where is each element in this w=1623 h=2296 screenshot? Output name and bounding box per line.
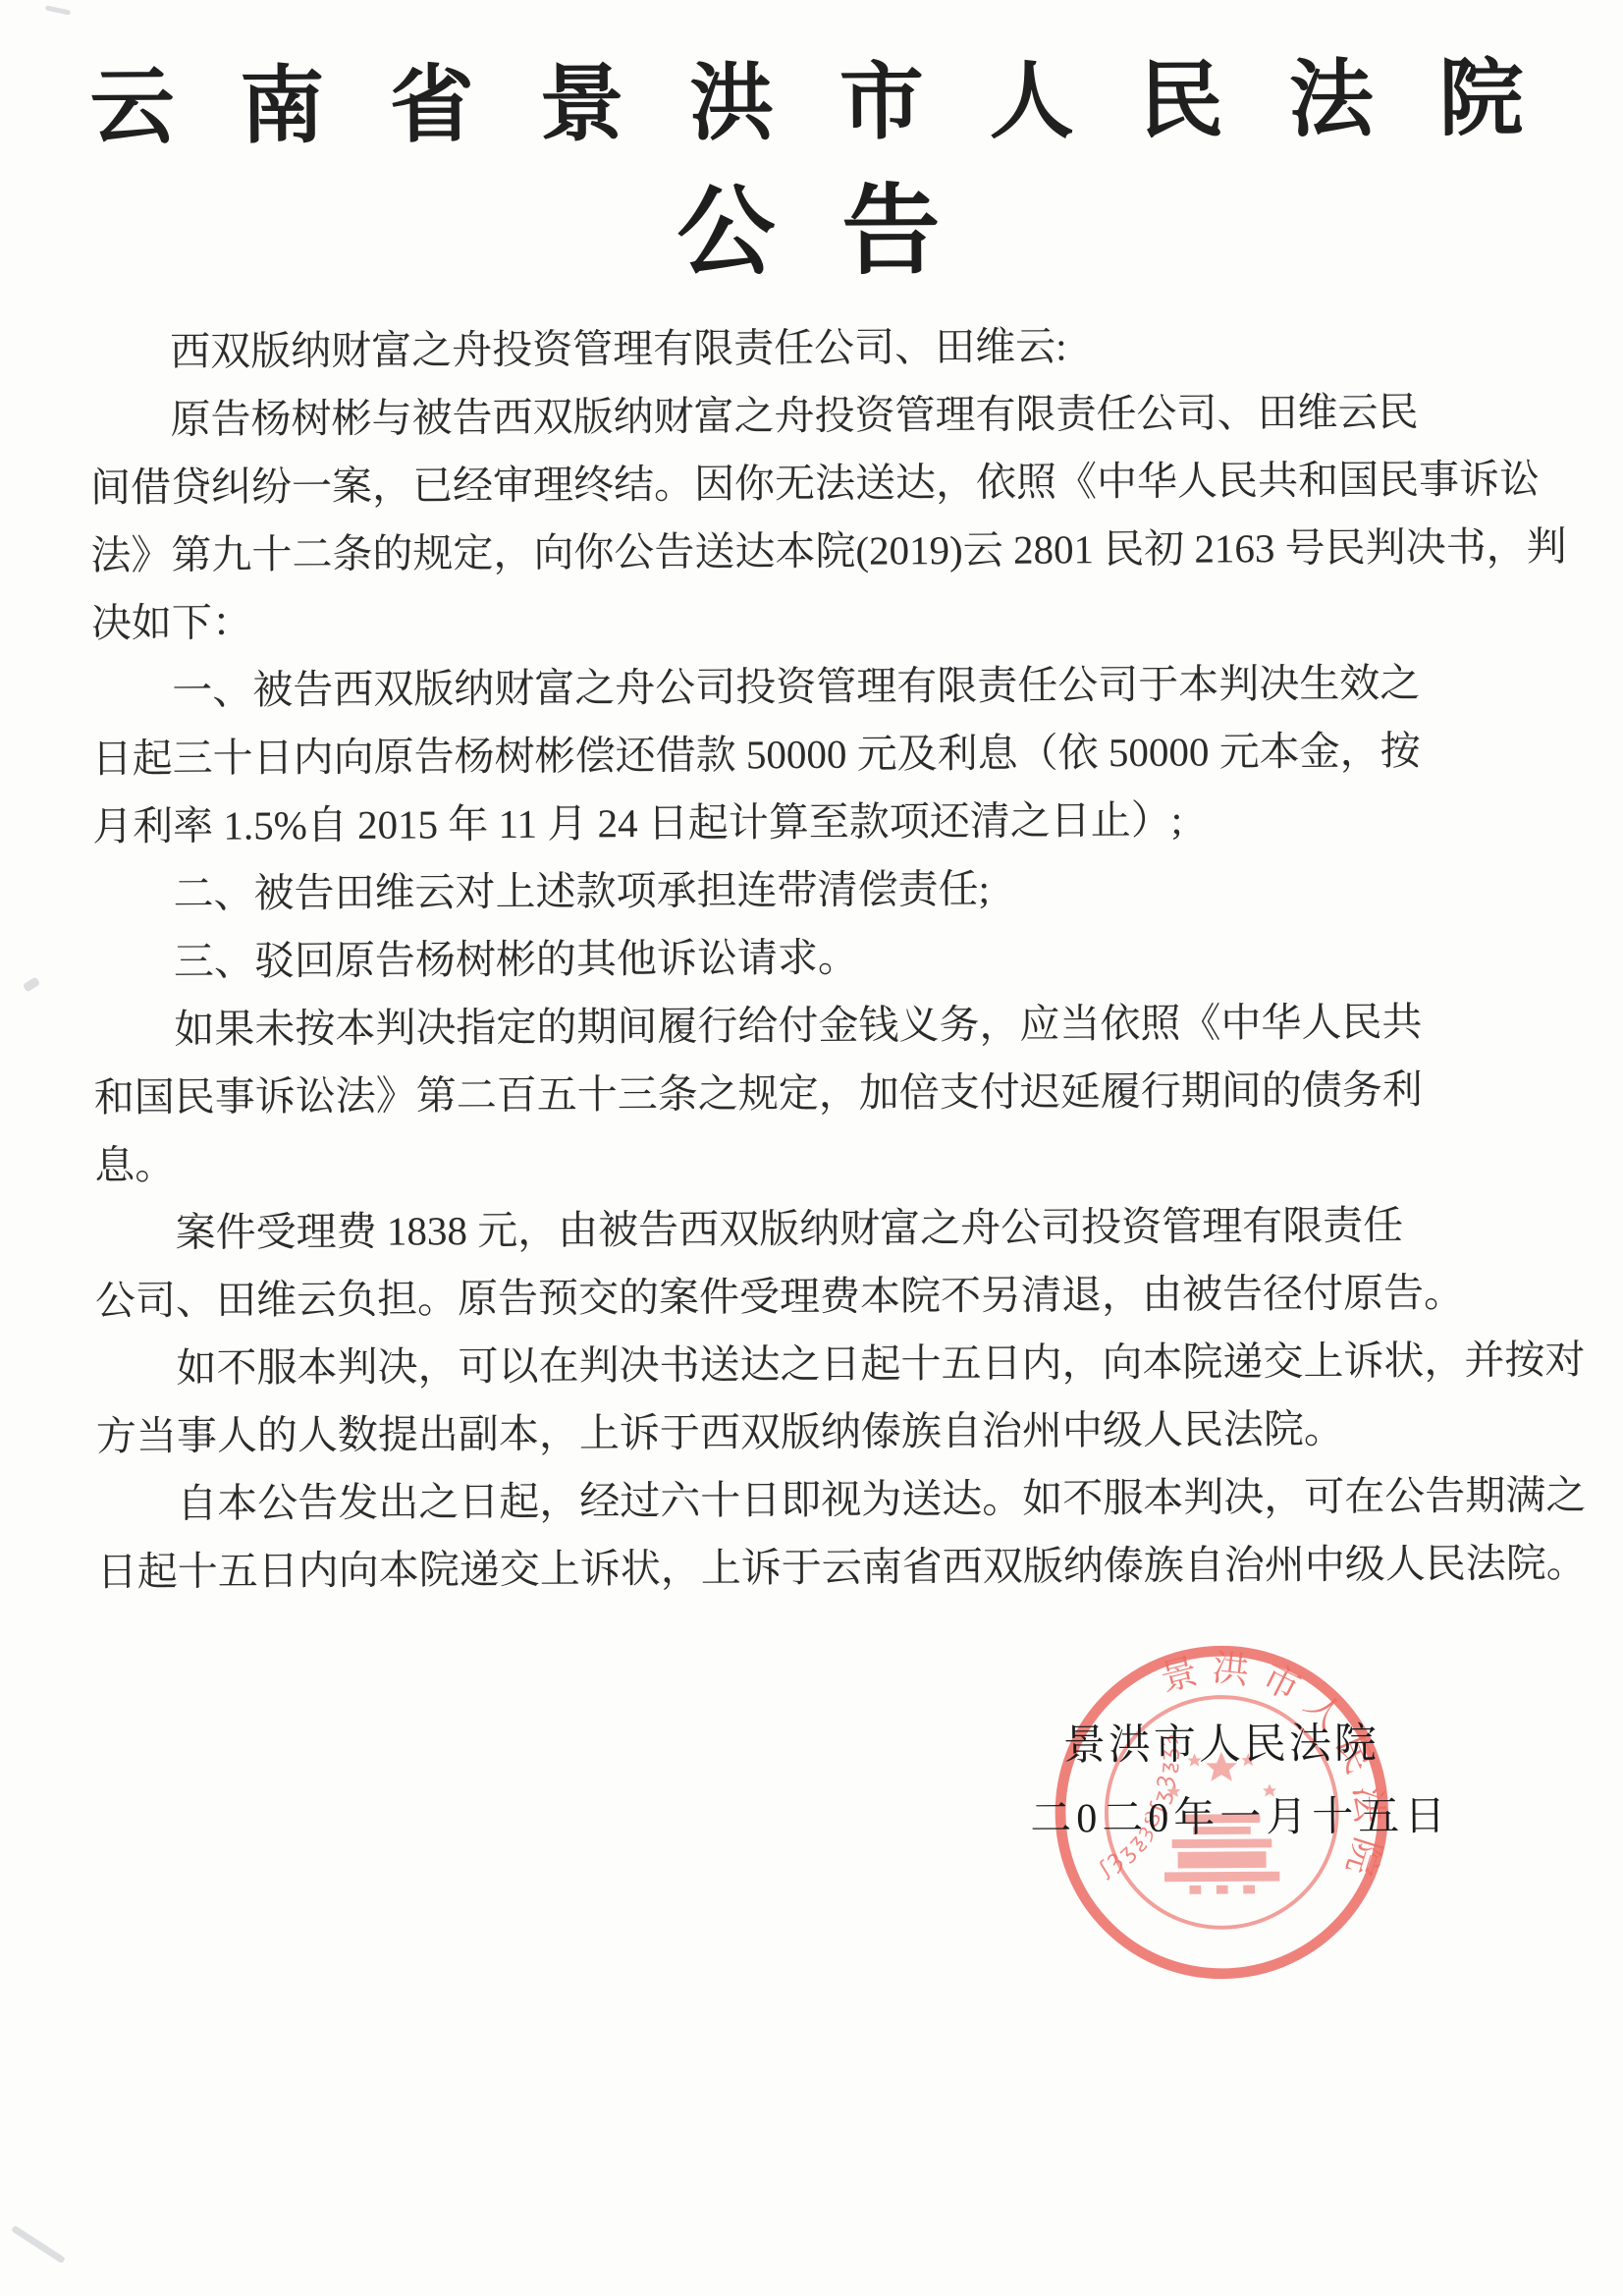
announcement-body: 西双版纳财富之舟投资管理有限责任公司、田维云: 原告杨树彬与被告西双版纳财富之舟… xyxy=(89,309,1560,1606)
court-title: 云南省景洪市人民法院 xyxy=(89,45,1524,162)
body-line: 如果未按本判决指定的期间履行给付金钱义务，应当依照《中华人民共 xyxy=(93,987,1556,1064)
document-page: 云南省景洪市人民法院 公告 西双版纳财富之舟投资管理有限责任公司、田维云: 原告… xyxy=(0,0,1623,2296)
body-line: 决如下： xyxy=(91,580,1554,657)
scan-content: 云南省景洪市人民法院 公告 西双版纳财富之舟投资管理有限责任公司、田维云: 原告… xyxy=(0,0,1623,2296)
body-line: 日起三十日内向原告杨树彬偿还借款 50000 元及利息（依 50000 元本金，… xyxy=(91,716,1554,793)
body-line: 一、被告西双版纳财富之舟公司投资管理有限责任公司于本判决生效之 xyxy=(91,648,1554,725)
body-line: 原告杨树彬与被告西双版纳财富之舟投资管理有限责任公司、田维云民 xyxy=(89,377,1552,454)
body-line: 二、被告田维云对上述款项承担连带清偿责任; xyxy=(92,851,1555,928)
body-line: 方当事人的人数提出副本，上诉于西双版纳傣族自治州中级人民法院。 xyxy=(96,1394,1559,1470)
body-line: 息。 xyxy=(94,1122,1557,1199)
body-line: 月利率 1.5%自 2015 年 11 月 24 日起计算至款项还清之日止）; xyxy=(92,784,1555,860)
body-line: 日起十五日内向本院递交上诉状，上诉于云南省西双版纳傣族自治州中级人民法院。 xyxy=(97,1529,1560,1606)
body-line: 案件受理费 1838 元，由被告西双版纳财富之舟公司投资管理有限责任 xyxy=(94,1190,1557,1267)
signature-court-name: 景洪市人民法院 xyxy=(1049,1710,1394,1772)
body-line: 三、驳回原告杨树彬的其他诉讼请求。 xyxy=(93,919,1556,996)
signature-date: 二0二0年一月十五日 xyxy=(1030,1783,1450,1845)
body-line: 和国民事诉讼法》第二百五十三条之规定，加倍支付迟延履行期间的债务利 xyxy=(94,1055,1557,1131)
body-line: 如不服本判决，可以在判决书送达之日起十五日内，向本院递交上诉状，并按对 xyxy=(95,1326,1558,1402)
body-line: 法》第九十二条的规定，向你公告送达本院(2019)云 2801 民初 2163 … xyxy=(90,513,1553,589)
body-line: 间借贷纠纷一案，已经审理终结。因你无法送达，依照《中华人民共和国民事诉讼 xyxy=(90,445,1553,521)
body-line: 公司、田维云负担。原告预交的案件受理费本院不另清退，由被告径付原告。 xyxy=(95,1258,1558,1335)
body-line: 自本公告发出之日起，经过六十日即视为送达。如不服本判决，可在公告期满之 xyxy=(96,1461,1559,1538)
body-line: 西双版纳财富之舟投资管理有限责任公司、田维云: xyxy=(89,309,1552,386)
doc-title: 公告 xyxy=(676,168,941,298)
